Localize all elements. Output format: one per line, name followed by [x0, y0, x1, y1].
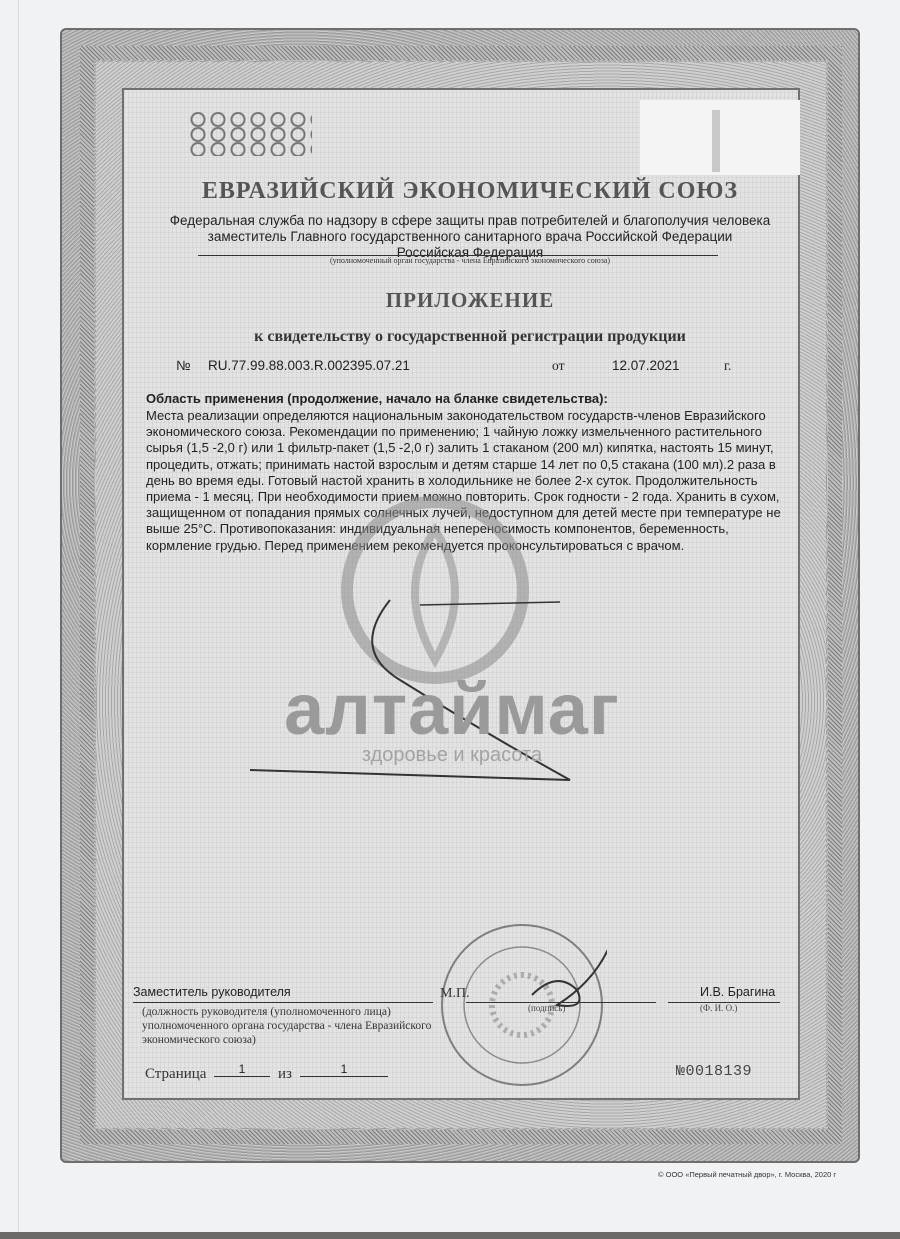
form-number: №0018139 [676, 1063, 752, 1080]
authority-line: Федеральная служба по надзору в сфере за… [140, 213, 800, 229]
signature-caption: (подпись) [528, 1003, 565, 1013]
scope-heading: Область применения (продолжение, начало … [146, 391, 608, 406]
year-suffix: г. [724, 358, 731, 374]
authority-note: (уполномоченный орган государства - член… [140, 256, 800, 265]
registration-number: RU.77.99.88.003.R.002395.07.21 [208, 358, 410, 373]
official-seal-icon [437, 920, 607, 1090]
page-current: 1 [214, 1062, 270, 1077]
number-sign: № [176, 358, 190, 373]
annex-subtitle: к свидетельству о государственной регист… [140, 328, 800, 346]
page-shadow [0, 1232, 900, 1239]
signer-name: И.В. Брагина [700, 985, 775, 999]
seal-label: М.П. [440, 986, 470, 1002]
watermark-tagline: здоровье и красота [212, 744, 692, 767]
watermark-brand: алтаймаг [212, 670, 692, 750]
page-total: 1 [300, 1062, 388, 1077]
authority-line: заместитель Главного государственного са… [140, 229, 800, 245]
page-of-label: из [278, 1066, 292, 1083]
authority-block: Федеральная служба по надзору в сфере за… [140, 213, 800, 261]
ornament-icon [188, 112, 312, 156]
signer-position: Заместитель руководителя [133, 985, 291, 999]
registration-date: 12.07.2021 [612, 358, 680, 373]
name-caption: (Ф. И. О.) [700, 1003, 737, 1013]
page-label: Страница [145, 1066, 206, 1083]
position-caption: (должность руководителя (уполномоченного… [142, 1005, 432, 1047]
blank-stamp-area [640, 100, 800, 175]
printer-copyright: © ООО «Первый печатный двор», г. Москва,… [658, 1170, 836, 1179]
annex-title: ПРИЛОЖЕНИЕ [140, 288, 800, 313]
position-underline [133, 1002, 433, 1003]
union-title: Евразийский экономический союз [140, 178, 800, 205]
page-edge [18, 0, 19, 1232]
from-label: от [552, 358, 564, 374]
